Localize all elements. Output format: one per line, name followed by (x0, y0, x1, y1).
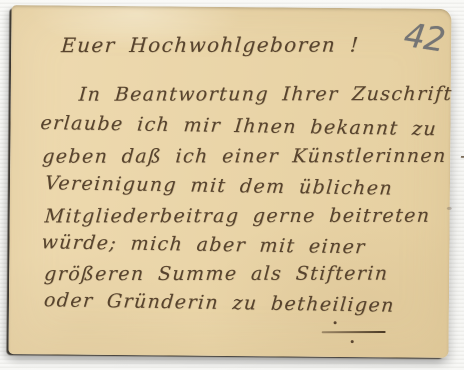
handwritten-line: In Beantwortung Ihrer Zuschrift (78, 83, 453, 106)
handwritten-line: Vereinigung mit dem üblichen (44, 172, 394, 199)
flourish-dot-below (351, 340, 354, 343)
handwritten-line: erlaube ich mir Ihnen bekannt zu (40, 112, 438, 140)
handwritten-line: geben daß ich einer Künstlerinnen — (41, 145, 464, 168)
paper-speck (447, 207, 452, 210)
handwritten-line: größeren Summe als Stifterin (43, 263, 389, 286)
handwritten-line: oder Gründerin zu betheiligen (43, 289, 396, 316)
handwritten-line: würde; mich aber mit einer (41, 231, 367, 258)
pencil-page-number: 42 (402, 15, 447, 59)
flourish-dot-above (334, 321, 337, 324)
flourish-dash-line (322, 331, 386, 333)
handwritten-line: Mitgliederbeitrag gerne beitreten (44, 205, 431, 228)
closing-flourish (322, 321, 392, 347)
letter-card: 42 Euer Hochwohlgeboren ! In Beantwortun… (8, 5, 451, 358)
salutation-line: Euer Hochwohlgeboren ! (60, 33, 360, 58)
